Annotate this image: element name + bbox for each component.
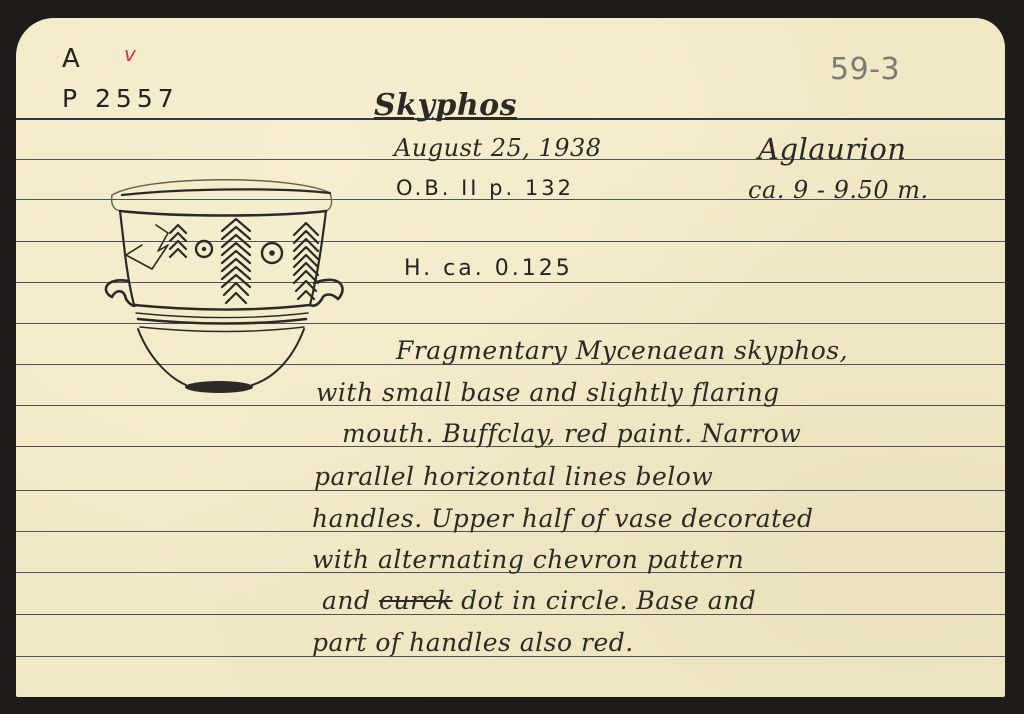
description-line: with small base and slightly flaring xyxy=(316,378,780,407)
object-name: Skyphos xyxy=(374,88,517,123)
description-line: and curck dot in circle. Base and xyxy=(322,586,756,615)
notebook-reference: O.B. II p. 132 xyxy=(396,176,574,200)
find-location: Aglaurion xyxy=(758,132,907,166)
description-line: mouth. Buffclay, red paint. Narrow xyxy=(342,419,801,448)
red-check-mark: v xyxy=(124,42,136,66)
find-depth: ca. 9 - 9.50 m. xyxy=(748,176,929,204)
inventory-number: P 2557 xyxy=(62,84,179,113)
description-line: Fragmentary Mycenaean skyphos, xyxy=(396,336,848,365)
description-text: dot in circle. Base and xyxy=(453,586,757,615)
description-text: and xyxy=(322,586,379,615)
description-line: handles. Upper half of vase decorated xyxy=(312,504,814,533)
description-line: parallel horizontal lines below xyxy=(314,462,713,491)
description-line: with alternating chevron pattern xyxy=(312,545,744,574)
section-letter: A xyxy=(62,44,83,74)
skyphos-drawing xyxy=(86,173,356,403)
index-card: A v P 2557 59-3 Skyphos August 25, 1938 … xyxy=(16,18,1005,697)
excavation-date: August 25, 1938 xyxy=(394,134,602,162)
struck-out-word: curck xyxy=(379,586,453,615)
vessel-height: H. ca. 0.125 xyxy=(404,256,573,281)
description-line: part of handles also red. xyxy=(312,628,634,657)
pencil-number: 59-3 xyxy=(830,52,900,87)
